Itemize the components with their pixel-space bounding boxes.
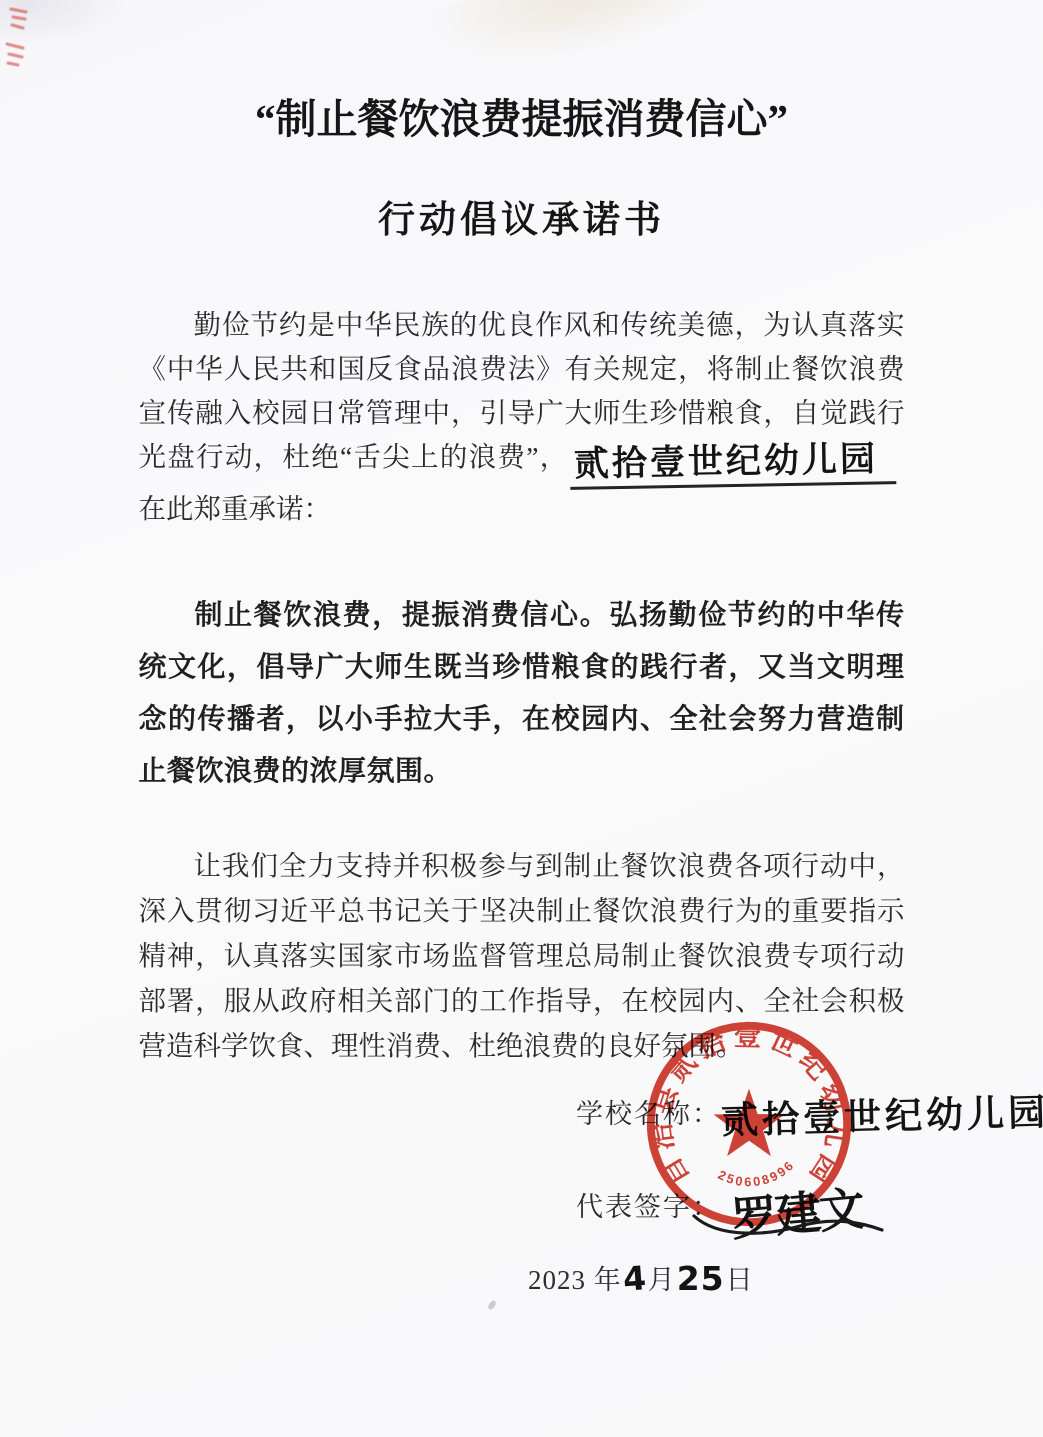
handwritten-day: 25 (677, 1259, 725, 1298)
paragraph-intro: 勤俭节约是中华民族的优良作风和传统美德，为认真落实《中华人民共和国反食品浪费法》… (139, 303, 905, 531)
school-name-line: 学校名称：贰拾壹世纪幼儿园 (576, 1086, 1043, 1140)
handwritten-school-name: 贰拾壹世纪幼儿园 (720, 1082, 1043, 1145)
handwritten-month: 4 (621, 1258, 648, 1299)
paragraph-intro-text-after: 在此郑重承诺： (139, 493, 332, 524)
date-day-unit: 日 (726, 1265, 754, 1295)
school-name-label: 学校名称： (576, 1099, 721, 1129)
document-body: 勤俭节约是中华民族的优良作风和传统美德，为认真落实《中华人民共和国反食品浪费法》… (139, 303, 905, 1068)
date-line: 2023 年4月25日 (528, 1258, 754, 1297)
paragraph-action: 让我们全力支持并积极参与到制止餐饮浪费各项行动中，深入贯彻习近平总书记关于坚决制… (139, 843, 905, 1068)
document-page: “制止餐饮浪费提振消费信心” 行动倡议承诺书 勤俭节约是中华民族的优良作风和传统… (0, 0, 1043, 1437)
paragraph-pledge: 制止餐饮浪费，提振消费信心。弘扬勤俭节约的中华传统文化，倡导广大师生既当珍惜粮食… (139, 589, 905, 797)
scan-speck (487, 1299, 498, 1311)
scan-smudge-top-edge (425, 0, 765, 89)
date-year: 2023 年 (528, 1265, 622, 1295)
document-title-line1: “制止餐饮浪费提振消费信心” (0, 86, 1043, 145)
date-month-unit: 月 (648, 1265, 676, 1295)
handwritten-school-name-inline: 贰拾壹世纪幼儿园 (570, 443, 897, 490)
red-stamp-fragment-marks (2, 2, 56, 74)
signature-flourish-stroke (688, 1186, 888, 1246)
document-title-line2: 行动倡议承诺书 (0, 189, 1043, 243)
